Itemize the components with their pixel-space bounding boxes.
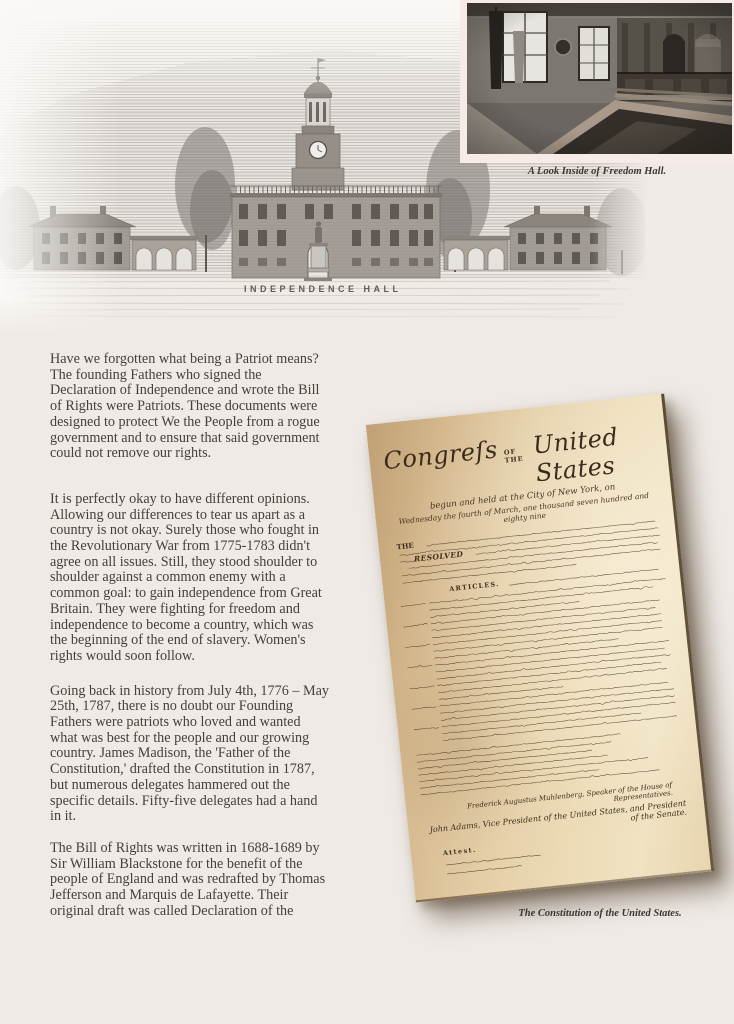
paragraph-2: It is perfectly okay to have different o… xyxy=(50,492,364,665)
title-of-the: OF THE xyxy=(503,446,528,464)
paragraph-1: Have we forgotten what being a Patriot m… xyxy=(50,352,364,462)
paragraph-4: The Bill of Rights was written in 1688-1… xyxy=(50,841,364,920)
keyword-the: THE xyxy=(396,541,414,552)
title-united-states: United States xyxy=(532,419,656,487)
photo-caption: A Look Inside of Freedom Hall. xyxy=(460,166,734,177)
title-congress: Congreſs xyxy=(382,435,499,475)
courtroom-photo xyxy=(460,0,734,163)
constitution-handwritten-body: THE RESOLVED ARTICLES. xyxy=(392,513,686,806)
constitution-caption: The Constitution of the United States. xyxy=(470,908,730,919)
constitution-document: Congreſs OF THE United States begun and … xyxy=(366,394,715,903)
article-text: Have we forgotten what being a Patriot m… xyxy=(50,352,364,937)
page: INDEPENDENCE HALL xyxy=(0,0,734,1024)
paragraph-3: Going back in history from July 4th, 177… xyxy=(50,684,364,825)
independence-hall-label: INDEPENDENCE HALL xyxy=(244,284,402,294)
engraving-fade-left xyxy=(0,0,120,335)
engraving-fade-bottom xyxy=(0,300,645,335)
